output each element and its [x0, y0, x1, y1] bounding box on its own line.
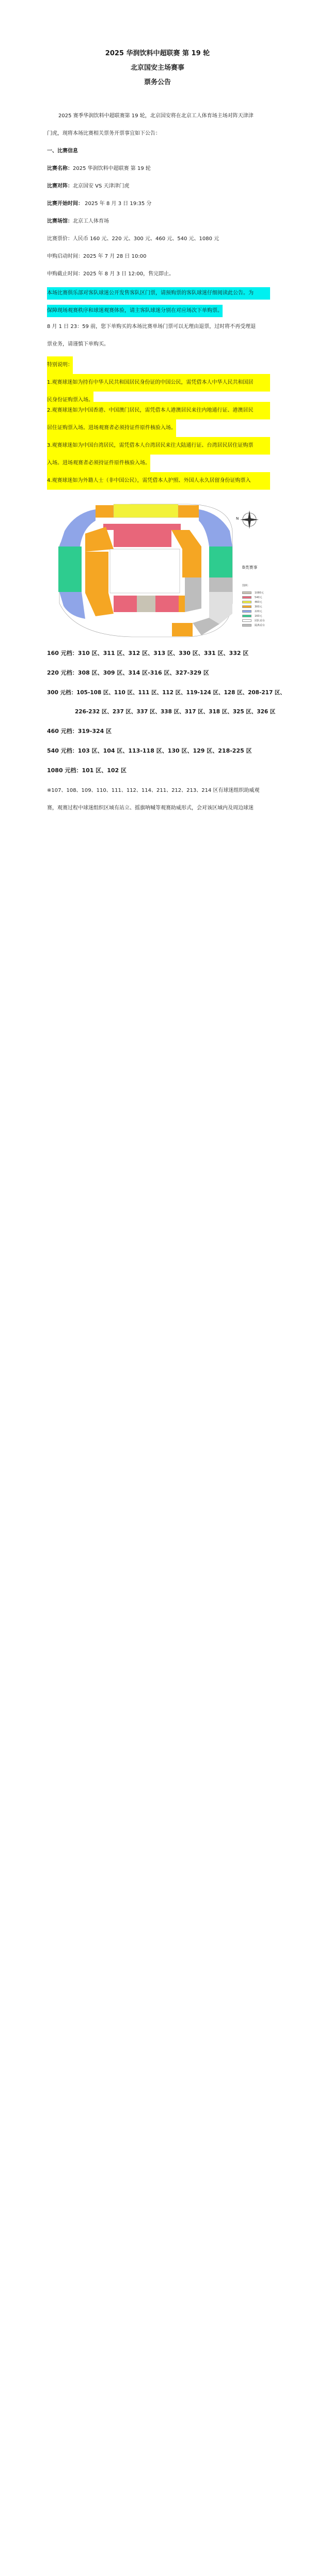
legend-item: 团队看台: [242, 618, 265, 623]
home-stadium-seat-map: N B类赛事 图例： 1080元 540元 460元 300元 220元 160…: [54, 500, 271, 639]
title-line-2: 北京国安主场赛事: [0, 62, 315, 72]
legend-item: 隔离看台: [242, 623, 265, 628]
start-time: 比赛开始时间： 2025 年 8 月 3 日 19:35 分: [47, 200, 270, 208]
price-tier-160: 160 元档：310 区、311 区、312 区、313 区、330 区、331…: [47, 650, 270, 657]
special-line: 3.观赛球迷如为中国台湾居民，需凭借本人台湾居民来往大陆通行证、台湾居民居住证购…: [47, 437, 270, 455]
supporters-note: ※107、108、109、110、111、112、114、211、212、213…: [47, 787, 270, 794]
special-line: 4.观赛球迷如为外籍人士（非中国公民），需凭借本人护照、外国人永久居留身份证购票…: [47, 472, 270, 490]
legend-item: 540元: [242, 595, 265, 600]
away-notice-2: 保障现场观赛秩序和球迷观赛体验，请主客队球迷分别在对应场次下单购票。: [47, 305, 270, 317]
title-line-3: 票务公告: [0, 76, 315, 86]
refund-line-2: 票业务，请谨慎下单购买。: [47, 341, 270, 348]
legend-title: 图例：: [242, 584, 265, 587]
refund-line-1: 8 月 1 日 23：59 前，您下单购买的本场比赛单场门票可以无理由退票，过时…: [47, 323, 270, 331]
supporters-note: 赛，观赛过程中球迷组织区域有站立、摇旗呐喊等观赛助威形式，会对该区域内及周边球迷: [47, 805, 270, 812]
price-tier-300a: 300 元档：105-108 区、110 区、111 区、112 区、119-1…: [47, 689, 270, 696]
price-tier-460: 460 元档：319-324 区: [47, 728, 270, 735]
special-title: 特别说明：: [47, 356, 270, 374]
stadium-map-graphic: [54, 500, 271, 639]
special-line: 居住证购票入场。进场观赛者必须持证件原件核验入场。: [47, 419, 270, 437]
price-tier-300b: 226-232 区、237 区、337 区、338 区、317 区、318 区、…: [75, 708, 298, 715]
home-map-legend: 图例： 1080元 540元 460元 300元 220元 160元 团队看台 …: [242, 584, 265, 628]
compass-north-label: N: [236, 517, 239, 521]
legend-item: 300元: [242, 604, 265, 609]
match-name: 比赛名称：2025 华润饮料中超联赛 第 19 轮: [47, 165, 270, 173]
away-notice-1: 本场比赛俱乐部对客队球迷公开发售客队区门票，请预购票的客队球迷仔细阅读此公告。为: [47, 287, 270, 300]
legend-item: 220元: [242, 609, 265, 614]
legend-item: 460元: [242, 600, 265, 604]
price-tier-540: 540 元档：103 区、104 区、113-118 区、130 区、129 区…: [47, 747, 270, 755]
title-line-1: 2025 华润饮料中超联赛 第 19 轮: [0, 48, 315, 57]
sale-close-time: 申购截止时间：2025 年 8 月 3 日 12:00，售完即止。: [47, 271, 270, 278]
sale-open-time: 申购启动时间：2025 年 7 月 28 日 10:00: [47, 253, 270, 260]
special-line: 1.观赛球迷如为持有中华人民共和国居民身份证的中国公民，需凭借本人中华人民共和国…: [47, 374, 270, 392]
legend-item: 160元: [242, 614, 265, 618]
section1-heading: 一、比赛信息: [47, 148, 270, 155]
special-line: 2.观赛球迷如为中国香港、中国澳门居民，需凭借本人港澳居民来往内地通行证、港澳居…: [47, 402, 270, 419]
ticket-prices: 比赛票价：人民币 160 元、220 元、300 元、460 元、540 元、1…: [47, 236, 270, 243]
matchup: 比赛对阵：北京国安 VS 天津津门虎: [47, 183, 270, 190]
compass-icon: [240, 510, 259, 529]
intro-line-2: 门虎，现将本场比赛相关票务开票事宜如下公告：: [47, 130, 270, 137]
event-category-label: B类赛事: [242, 565, 258, 570]
price-tier-1080: 1080 元档：101 区、102 区: [47, 767, 270, 774]
legend-item: 1080元: [242, 590, 265, 595]
intro-line-1: 2025 赛季华润饮料中超联赛第 19 轮，北京国安将在北京工人体育场主场对阵天…: [47, 113, 270, 120]
special-line: 入场。进场观赛者必须持证件原件核验入场。: [47, 455, 270, 472]
venue: 比赛场馆：北京工人体育场: [47, 218, 270, 225]
price-tier-220: 220 元档：308 区、309 区、314 区-316 区、327-329 区: [47, 669, 270, 677]
